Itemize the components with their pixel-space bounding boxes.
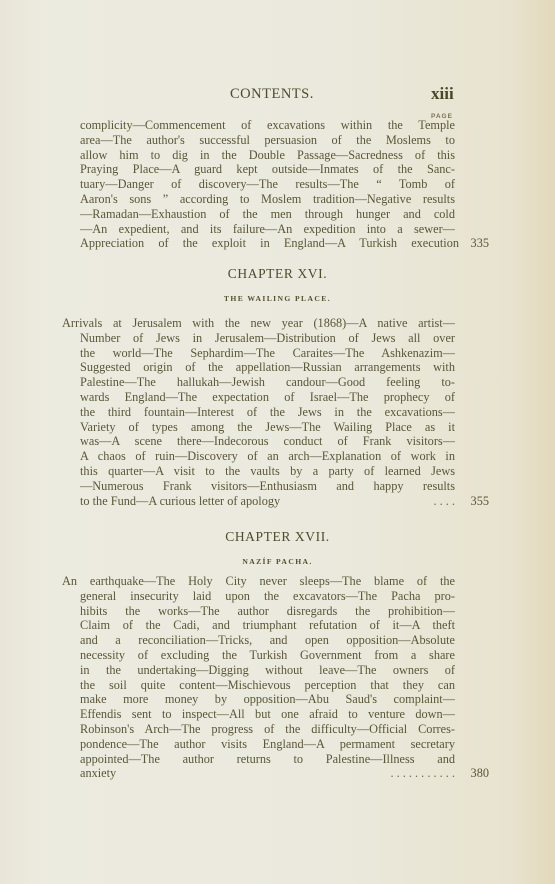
entry-line: to the Fund—A curious letter of apology [80,494,280,509]
page-number: xiii [431,84,454,104]
dot-leaders: . . . . [280,494,459,509]
entry-page-number: 335 [459,236,489,251]
entry-line: and a reconciliation—Tricks, and open op… [80,633,455,648]
book-page: CONTENTS. xiii PAGE complicity—Commencem… [0,0,555,884]
entry-line: Claim of the Cadi, and triumphant refuta… [80,618,455,633]
dot-leaders: . . . . . . . . . . . [116,766,459,781]
entry-page-number: 355 [459,494,489,509]
chapter-summary: Arrivals at Jerusalem with the new year … [80,316,455,508]
continued-entry: complicity—Commencement of excavations w… [80,118,455,251]
entry-line: area—The author's successful persuasion … [80,133,455,148]
entry-line: A chaos of ruin—Discovery of an arch—Exp… [80,449,455,464]
entry-line: the soil quite content—Mischievous perce… [80,678,455,693]
running-title: CONTENTS. [230,86,314,103]
chapter-summary: An earthquake—The Holy City never sleeps… [80,574,455,781]
entry-line: this quarter—A visit to the vaults by a … [80,464,455,479]
entry-line: was—A scene there—Indecorous conduct of … [80,434,455,449]
chapter-heading: CHAPTER XVII. [0,529,555,545]
entry-line: Variety of types among the Jews—The Wail… [80,420,455,435]
running-head: CONTENTS. xiii [0,86,555,108]
entry-line: Praying Place—A guard kept outside—Inmat… [80,162,455,177]
entry-line: Suggested origin of the appellation—Russ… [80,360,455,375]
entry-line: the third fountain—Interest of the Jews … [80,405,455,420]
entry-line: Number of Jews in Jerusalem—Distribution… [80,331,455,346]
chapter-title: THE WAILING PLACE. [0,294,555,303]
entry-line: Palestine—The hallukah—Jewish candour—Go… [80,375,455,390]
entry-line: Arrivals at Jerusalem with the new year … [62,316,455,331]
entry-line: appointed—The author returns to Palestin… [80,752,455,767]
entry-line: Effendis sent to inspect—All but one afr… [80,707,455,722]
entry-line: make more money by opposition—Abu Saud's… [80,692,455,707]
entry-line: pondence—The author visits England—A per… [80,737,455,752]
chapter-heading: CHAPTER XVI. [0,266,555,282]
entry-line: wards England—The expectation of Israel—… [80,390,455,405]
entry-line: —Ramadan—Exhaustion of the men through h… [80,207,455,222]
entry-line: anxiety [80,766,116,781]
entry-line: general insecurity laid upon the excavat… [80,589,455,604]
entry-line: hibits the works—The author disregards t… [80,604,455,619]
entry-line: the world—The Sephardim—The Caraites—The… [80,346,455,361]
entry-line: Appreciation of the exploit in England—A… [80,236,459,251]
entry-line: Aaron's sons ” according to Moslem tradi… [80,192,455,207]
entry-page-number: 380 [459,766,489,781]
chapter-title: NAZÍF PACHA. [0,557,555,566]
entry-line: necessity of excluding the Turkish Gover… [80,648,455,663]
entry-line: allow him to dig in the Double Passage—S… [80,148,455,163]
entry-line: —Numerous Frank visitors—Enthusiasm and … [80,479,455,494]
entry-line: complicity—Commencement of excavations w… [80,118,455,133]
entry-line: in the undertaking—Digging without leave… [80,663,455,678]
entry-line: tuary—Danger of discovery—The results—Th… [80,177,455,192]
entry-line: —An expedient, and its failure—An expedi… [80,222,455,237]
entry-line: An earthquake—The Holy City never sleeps… [62,574,455,589]
entry-line: Robinson's Arch—The progress of the diff… [80,722,455,737]
